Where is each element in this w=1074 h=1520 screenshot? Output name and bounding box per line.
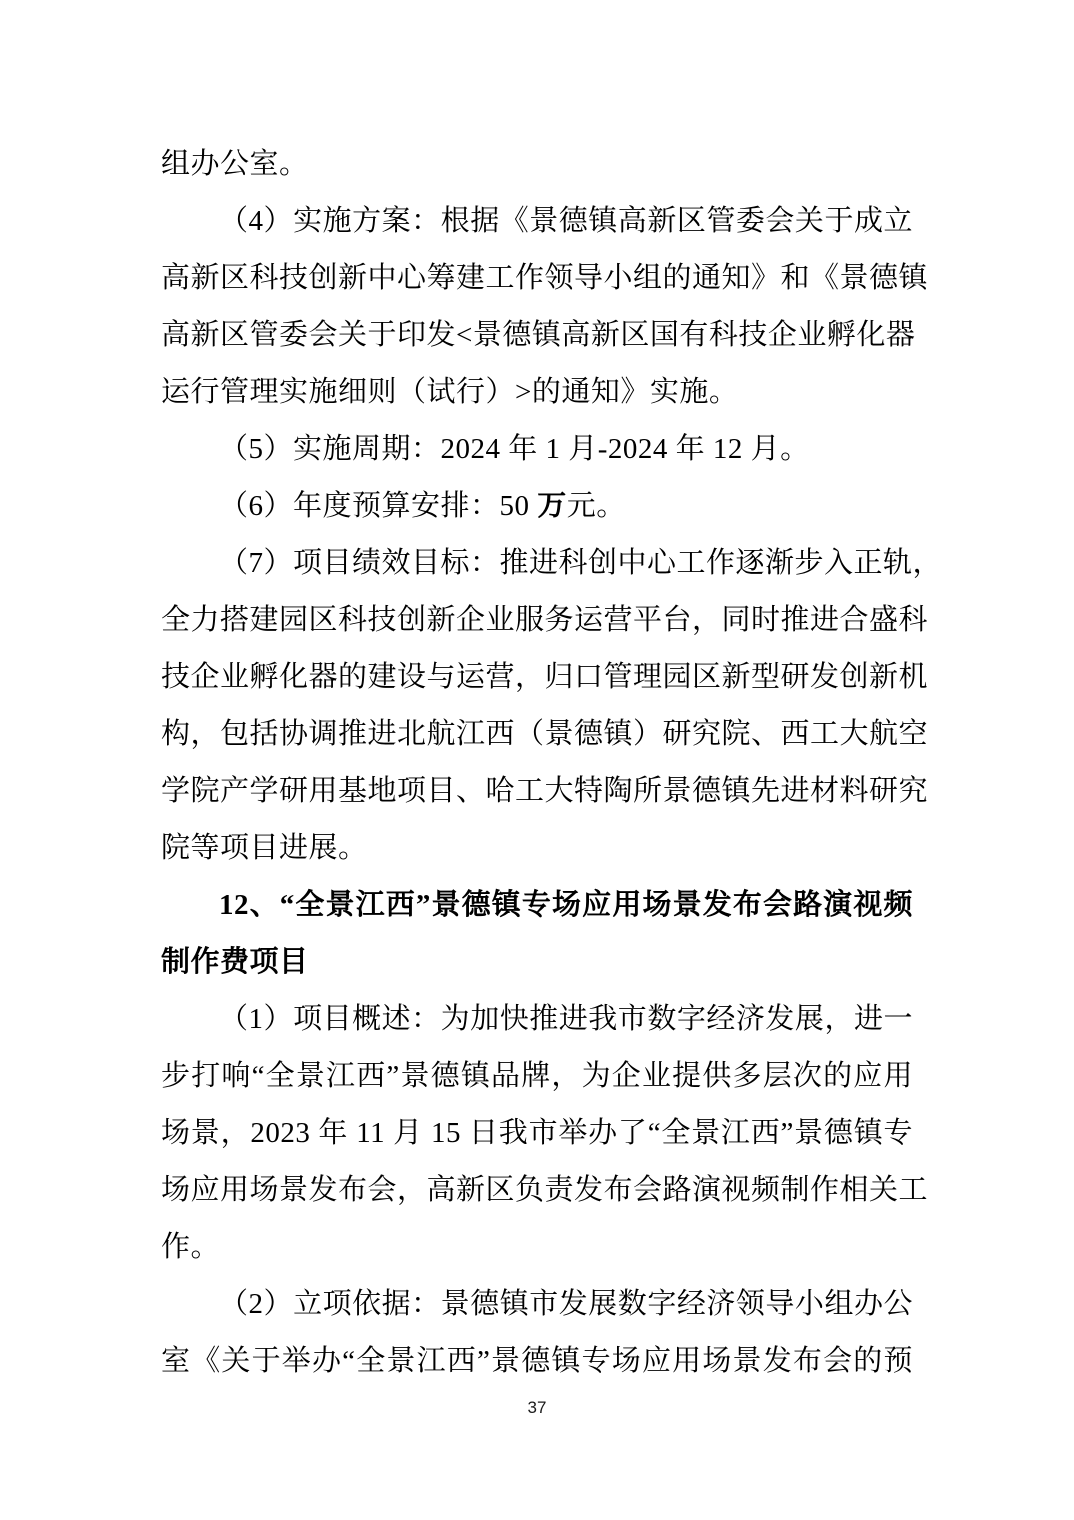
text-run: 构，包括协调推进北航江西（景德镇）研究院、西工大航空: [161, 718, 928, 750]
text-line: 室《关于举办“全景江西”景德镇专场应用场景发布会的预: [161, 1333, 913, 1390]
text-run: 步打响“全景江西”景德镇品牌，为企业提供多层次的应用: [161, 1060, 913, 1092]
text-line: 学院产学研用基地项目、哈工大特陶所景德镇先进材料研究: [161, 763, 913, 820]
text-run: 元。: [567, 490, 626, 522]
text-line: （2）立项依据：景德镇市发展数字经济领导小组办公: [161, 1276, 913, 1333]
text-run: 制作费项目: [161, 946, 309, 978]
text-run: 万: [537, 490, 567, 522]
text-line: （5）实施周期：2024 年 1 月-2024 年 12 月。: [161, 421, 913, 478]
page-number: 37: [0, 1398, 1074, 1418]
text-line: 构，包括协调推进北航江西（景德镇）研究院、西工大航空: [161, 706, 913, 763]
text-run: （4）实施方案：根据《景德镇高新区管委会关于成立: [219, 205, 913, 237]
text-run: 运行管理实施细则（试行）>的通知》实施。: [161, 376, 738, 408]
text-line: 全力搭建园区科技创新企业服务运营平台，同时推进合盛科: [161, 592, 913, 649]
text-run: （5）实施周期：2024 年 1 月-2024 年 12 月。: [219, 433, 810, 465]
text-line: 场应用场景发布会，高新区负责发布会路演视频制作相关工: [161, 1162, 913, 1219]
text-run: 作。: [161, 1231, 220, 1263]
text-run: 学院产学研用基地项目、哈工大特陶所景德镇先进材料研究: [161, 775, 928, 807]
text-line: 高新区管委会关于印发<景德镇高新区国有科技企业孵化器: [161, 307, 913, 364]
text-run: 室《关于举办“全景江西”景德镇专场应用场景发布会的预: [161, 1345, 913, 1377]
text-line: 作。: [161, 1219, 913, 1276]
text-line: （1）项目概述：为加快推进我市数字经济发展，进一: [161, 991, 913, 1048]
text-line: 运行管理实施细则（试行）>的通知》实施。: [161, 364, 913, 421]
text-run: 院等项目进展。: [161, 832, 368, 864]
text-line: 组办公室。: [161, 136, 913, 193]
text-run: （1）项目概述：为加快推进我市数字经济发展，进一: [219, 1003, 913, 1035]
text-line: 院等项目进展。: [161, 820, 913, 877]
text-run: 场景，2023 年 11 月 15 日我市举办了“全景江西”景德镇专: [161, 1117, 913, 1149]
text-run: 全力搭建园区科技创新企业服务运营平台，同时推进合盛科: [161, 604, 928, 636]
text-run: 场应用场景发布会，高新区负责发布会路演视频制作相关工: [161, 1174, 928, 1206]
text-line: 步打响“全景江西”景德镇品牌，为企业提供多层次的应用: [161, 1048, 913, 1105]
text-run: 12、“全景江西”景德镇专场应用场景发布会路演视频: [219, 889, 913, 921]
document-page: 组办公室。（4）实施方案：根据《景德镇高新区管委会关于成立高新区科技创新中心筹建…: [0, 0, 1074, 1520]
text-run: 高新区管委会关于印发<景德镇高新区国有科技企业孵化器: [161, 319, 915, 351]
text-line: 高新区科技创新中心筹建工作领导小组的通知》和《景德镇: [161, 250, 913, 307]
text-run: 组办公室。: [161, 148, 309, 180]
text-line: 12、“全景江西”景德镇专场应用场景发布会路演视频: [161, 877, 913, 934]
text-line: （7）项目绩效目标：推进科创中心工作逐渐步入正轨，: [161, 535, 913, 592]
text-line: 技企业孵化器的建设与运营，归口管理园区新型研发创新机: [161, 649, 913, 706]
text-run: （2）立项依据：景德镇市发展数字经济领导小组办公: [219, 1288, 913, 1320]
text-line: 场景，2023 年 11 月 15 日我市举办了“全景江西”景德镇专: [161, 1105, 913, 1162]
document-body-text: 组办公室。（4）实施方案：根据《景德镇高新区管委会关于成立高新区科技创新中心筹建…: [161, 136, 913, 1390]
text-run: 技企业孵化器的建设与运营，归口管理园区新型研发创新机: [161, 661, 928, 693]
text-line: （6）年度预算安排：50 万元。: [161, 478, 913, 535]
text-line: （4）实施方案：根据《景德镇高新区管委会关于成立: [161, 193, 913, 250]
text-run: （6）年度预算安排：50: [219, 490, 537, 522]
text-run: （7）项目绩效目标：推进科创中心工作逐渐步入正轨，: [219, 547, 942, 579]
text-line: 制作费项目: [161, 934, 913, 991]
text-run: 高新区科技创新中心筹建工作领导小组的通知》和《景德镇: [161, 262, 928, 294]
